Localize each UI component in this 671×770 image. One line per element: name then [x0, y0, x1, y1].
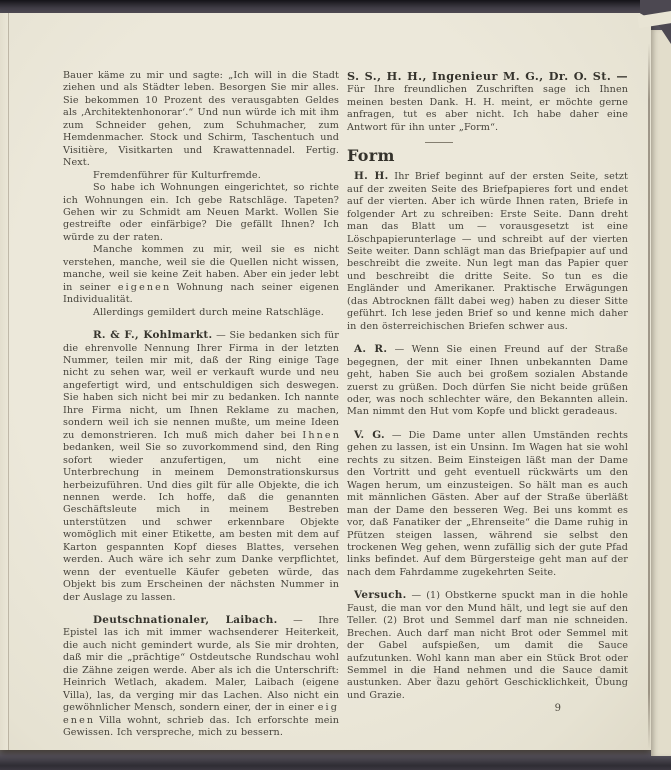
scanned-book-photo: Bauer käme zu mir und sagte: „Ich will i…	[0, 0, 671, 770]
asterisk-icon: *	[415, 668, 421, 681]
correspondence-entry: H. H. Ihr Brief beginnt auf der ersten S…	[347, 170, 628, 333]
correspondent-lead: S. S., H. H., Ingenieur M. G., Dr. O. St…	[347, 69, 628, 83]
paragraph-text: Fremdenführer für Kulturfremde.	[93, 170, 261, 181]
correspondence-entry: V. G. — Die Dame unter allen Umständen r…	[347, 429, 628, 579]
correspondent-lead: Deutschnationaler, Laibach.	[93, 614, 278, 626]
paragraph-text: Für Ihre freundlichen Zuschriften sage i…	[347, 84, 628, 132]
correspondent-lead: V. G.	[354, 429, 385, 441]
correspondent-lead: A. R.	[354, 343, 387, 355]
photo-background-top	[0, 0, 671, 14]
paragraph-continuation: Bauer käme zu mir und sagte: „Ich will i…	[63, 70, 339, 170]
paragraph-text: — Sie bedanken sich für die ehrenvolle N…	[63, 330, 339, 603]
paragraph: Manche kommen zu mir, weil sie es nicht …	[63, 244, 339, 306]
asterisk-icon: *	[453, 667, 459, 680]
page-number: 9	[546, 703, 570, 714]
section-heading: Form	[347, 147, 628, 165]
asterism-decoration: * * *	[415, 668, 467, 690]
paragraph-text: — Ihre Epistel las ich mit immer wachsen…	[63, 615, 339, 738]
correspondent-lead: R. & F., Kohlmarkt.	[93, 329, 212, 341]
left-column: Bauer käme zu mir und sagte: „Ich will i…	[63, 70, 339, 740]
page-left-edge-shade	[0, 13, 8, 750]
asterisk-icon: *	[436, 674, 442, 687]
photo-background-bottom	[0, 748, 671, 770]
paragraph-text: Allerdings gemildert durch meine Ratschl…	[93, 307, 324, 318]
paragraph: Allerdings gemildert durch meine Ratschl…	[63, 307, 339, 319]
right-column: S. S., H. H., Ingenieur M. G., Dr. O. St…	[347, 70, 628, 702]
paragraph-text: Bauer käme zu mir und sagte: „Ich will i…	[63, 70, 339, 168]
paragraph-text: Manche kommen zu mir, weil sie es nicht …	[63, 244, 339, 305]
correspondence-entry: R. & F., Kohlmarkt. — Sie bedanken sich …	[63, 329, 339, 604]
paragraph-text: — Die Dame unter allen Umständen rechts …	[347, 430, 628, 578]
paragraph-text: So habe ich Wohnungen eingerichtet, so r…	[63, 182, 339, 243]
page-left-crease	[8, 13, 9, 750]
paragraph-text: — Wenn Sie einen Freund auf der Straße b…	[347, 344, 628, 417]
paragraph-text: Ihr Brief beginnt auf der ersten Seite, …	[347, 171, 628, 331]
section-divider	[425, 142, 453, 143]
correspondence-entry: Versuch. — (1) Obstkerne spuckt man in d…	[347, 589, 628, 702]
paragraph: So habe ich Wohnungen eingerichtet, so r…	[63, 182, 339, 244]
correspondence-entry: Deutschnationaler, Laibach. — Ihre Epist…	[63, 614, 339, 740]
paragraph: Fremdenführer für Kulturfremde.	[63, 170, 339, 182]
correspondence-entry: S. S., H. H., Ingenieur M. G., Dr. O. St…	[347, 70, 628, 134]
book-page: Bauer käme zu mir und sagte: „Ich will i…	[0, 13, 651, 750]
correspondent-lead: Versuch.	[354, 589, 407, 601]
page-right-fold-line	[648, 43, 650, 749]
paragraph-text: — (1) Obstkerne spuckt man in die hohle …	[347, 590, 628, 701]
adjacent-page-edge	[651, 30, 671, 756]
correspondence-entry: A. R. — Wenn Sie einen Freund auf der St…	[347, 343, 628, 419]
correspondent-lead: H. H.	[354, 170, 389, 182]
